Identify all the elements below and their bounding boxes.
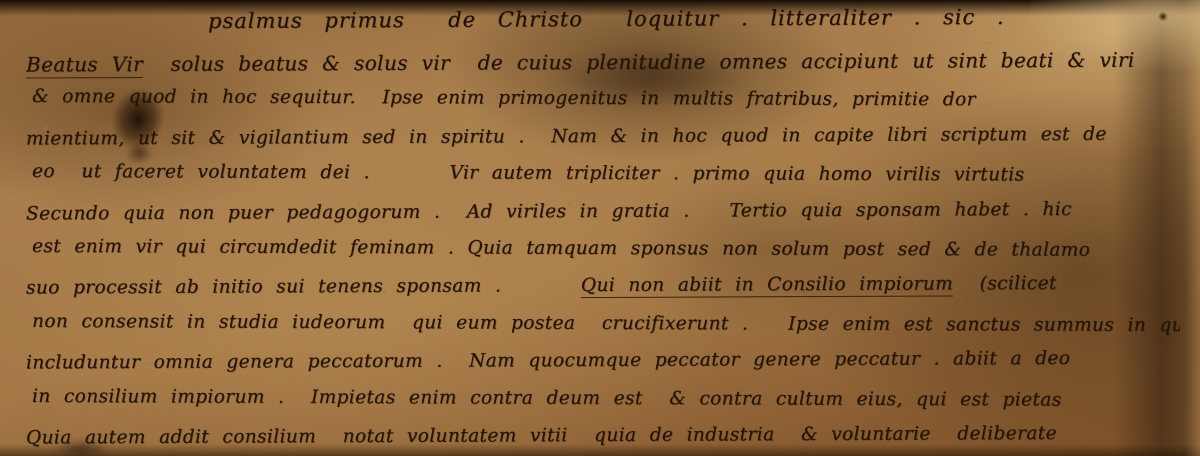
manuscript-body: Beatus Vir solus beatus & solus vir de c… [26,44,1180,455]
manuscript-line: & omne quod in hoc sequitur. Ipse enim p… [26,79,1180,120]
manuscript-line: est enim vir qui circumdedit feminam . Q… [26,229,1180,270]
manuscript-line: Beatus Vir solus beatus & solus vir de c… [26,41,1180,83]
manuscript-line: non consensit in studia iudeorum qui eum… [26,304,1180,345]
text-segment: includuntur omnia genera peccatorum . Na… [26,348,1070,374]
text-segment: solus beatus & solus vir de cuius plenit… [143,48,1135,76]
text-segment: Quia autem addit consilium notat volunta… [26,423,1057,448]
manuscript-line: in consilium impiorum . Impietas enim co… [26,379,1180,420]
manuscript-title: psalmus primus de Christo loquitur . lit… [208,5,1005,33]
text-segment: & omne quod in hoc sequitur. Ipse enim p… [32,86,976,110]
ink-speck [1158,12,1168,21]
manuscript-line: suo processit ab initio sui tenens spons… [26,266,1180,308]
text-segment: in consilium impiorum . Impietas enim co… [32,386,1062,411]
manuscript-line: eo ut faceret voluntatem dei . Vir autem… [26,154,1180,195]
text-segment: eo ut faceret voluntatem dei . Vir autem… [32,161,1025,185]
manuscript-line: includuntur omnia genera peccatorum . Na… [26,341,1180,383]
text-segment: mientium, ut sit & vigilantium sed in sp… [26,124,1107,150]
text-segment: est enim vir qui circumdedit feminam . Q… [32,236,1090,261]
underlined-phrase: Qui non abiit in Consilio impiorum [581,274,953,299]
text-segment: Secundo quia non puer pedagogorum . Ad v… [26,199,1072,225]
manuscript-line: mientium, ut sit & vigilantium sed in sp… [26,116,1180,158]
text-segment: non consensit in studia iudeorum qui eum… [32,311,1180,336]
manuscript-line: Secundo quia non puer pedagogorum . Ad v… [26,191,1180,233]
manuscript-photo: psalmus primus de Christo loquitur . lit… [0,0,1200,456]
text-segment: (scilicet [953,273,1057,294]
underlined-phrase: Beatus Vir [26,52,143,79]
text-segment: suo processit ab initio sui tenens spons… [26,275,581,298]
manuscript-line: Quia autem addit consilium notat volunta… [26,415,1180,456]
